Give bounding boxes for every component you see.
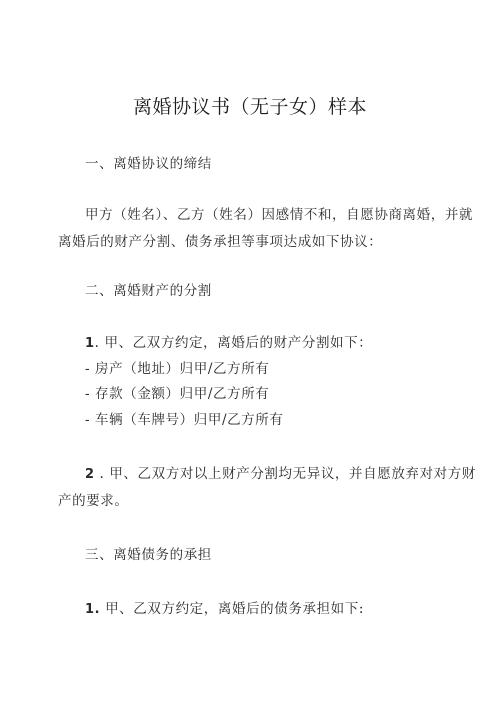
section-1-paragraph-line-1: 甲方（姓名）、乙方（姓名）因感情不和，自愿协商离婚，并就 bbox=[85, 203, 473, 223]
section-3-heading: 三、离婚债务的承担 bbox=[85, 543, 212, 563]
section-2-heading: 二、离婚财产的分割 bbox=[85, 279, 212, 299]
section-2-clause-2-line-2: 产的要求。 bbox=[58, 489, 129, 509]
property-item-savings: - 存款（金额）归甲/乙方所有 bbox=[85, 382, 269, 402]
clause-text: . 甲、乙双方对以上财产分割均无异议，并自愿放弃对对方财 bbox=[95, 466, 476, 482]
section-1-paragraph-line-2: 离婚后的财产分割、债务承担等事项达成如下协议： bbox=[58, 230, 382, 250]
clause-text: . 甲、乙双方约定，离婚后的财产分割如下： bbox=[95, 335, 373, 351]
clause-number: 1. bbox=[85, 602, 100, 617]
property-item-house: - 房产（地址）归甲/乙方所有 bbox=[85, 357, 269, 377]
clause-number: 1 bbox=[85, 336, 95, 351]
section-2-clause-1: 1. 甲、乙双方约定，离婚后的财产分割如下： bbox=[85, 331, 372, 351]
clause-text: 甲、乙双方约定，离婚后的债务承担如下: bbox=[100, 601, 364, 617]
section-2-clause-2-line-1: 2 . 甲、乙双方对以上财产分割均无异议，并自愿放弃对对方财 bbox=[85, 462, 476, 482]
property-item-vehicle: - 车辆（车牌号）归甲/乙方所有 bbox=[85, 408, 284, 428]
document-page: 离婚协议书（无子女）样本 一、离婚协议的缔结 甲方（姓名）、乙方（姓名）因感情不… bbox=[0, 0, 500, 707]
section-1-heading: 一、离婚协议的缔结 bbox=[85, 152, 212, 172]
section-3-clause-1: 1. 甲、乙双方约定，离婚后的债务承担如下: bbox=[85, 597, 364, 617]
clause-number: 2 bbox=[85, 467, 95, 482]
document-title: 离婚协议书（无子女）样本 bbox=[0, 92, 500, 119]
